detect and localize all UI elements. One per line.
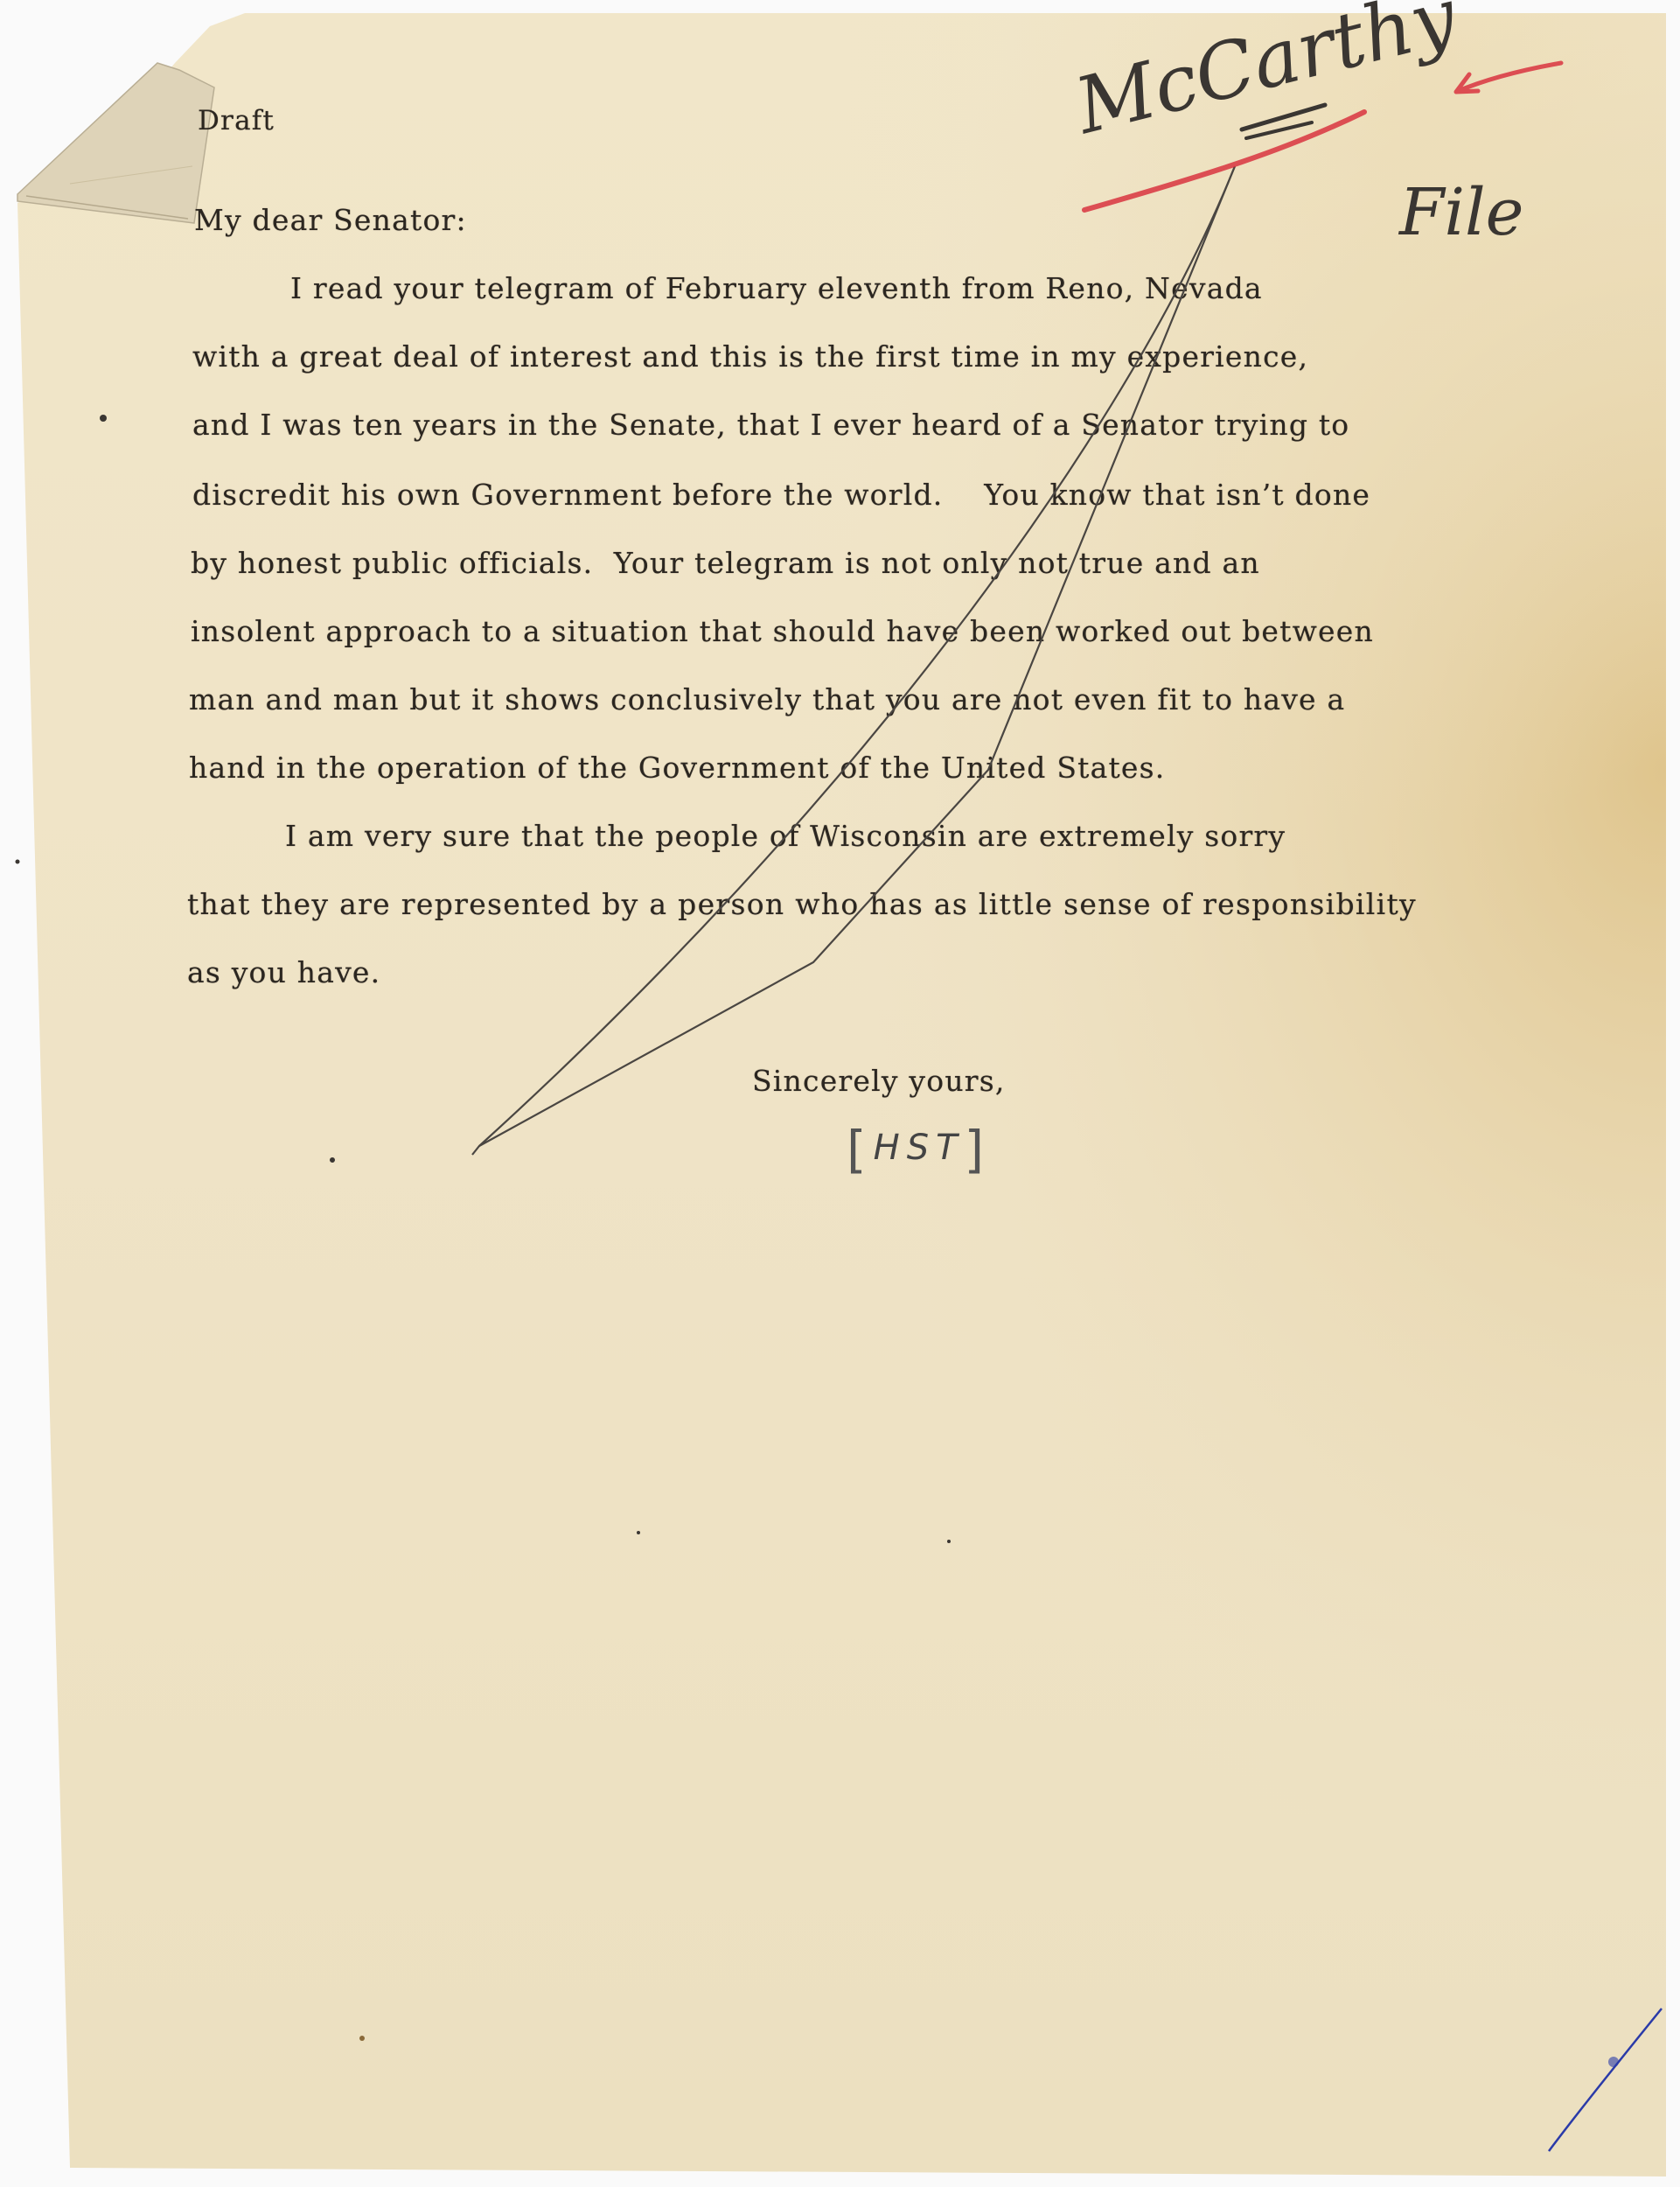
- text-line: that they are represented by a person wh…: [187, 887, 1417, 921]
- initials-text: HST: [874, 1128, 965, 1168]
- handwritten-note-file: File: [1399, 175, 1523, 250]
- text-line: by honest public officials. Your telegra…: [191, 546, 1260, 580]
- text-line: with a great deal of interest and this i…: [192, 339, 1308, 374]
- text-line: discredit his own Government before the …: [192, 478, 1370, 512]
- text-line: I read your telegram of February elevent…: [290, 271, 1263, 305]
- text-line: insolent approach to a situation that sh…: [191, 614, 1374, 648]
- text-line: and I was ten years in the Senate, that …: [192, 408, 1349, 442]
- text-line: hand in the operation of the Government …: [189, 751, 1165, 785]
- draft-label: Draft: [198, 105, 275, 136]
- letter-page: Draft My dear Senator: I read your teleg…: [0, 0, 1680, 2187]
- bracket-close: ]: [965, 1120, 992, 1179]
- text-line: as you have.: [187, 955, 380, 989]
- bracket-open: [: [847, 1120, 874, 1179]
- salutation: My dear Senator:: [194, 203, 467, 237]
- text-line: I am very sure that the people of Wiscon…: [285, 819, 1286, 853]
- closing: Sincerely yours,: [752, 1064, 1006, 1098]
- text-line: man and man but it shows conclusively th…: [189, 682, 1345, 716]
- signature-initials: [HST]: [847, 1120, 991, 1179]
